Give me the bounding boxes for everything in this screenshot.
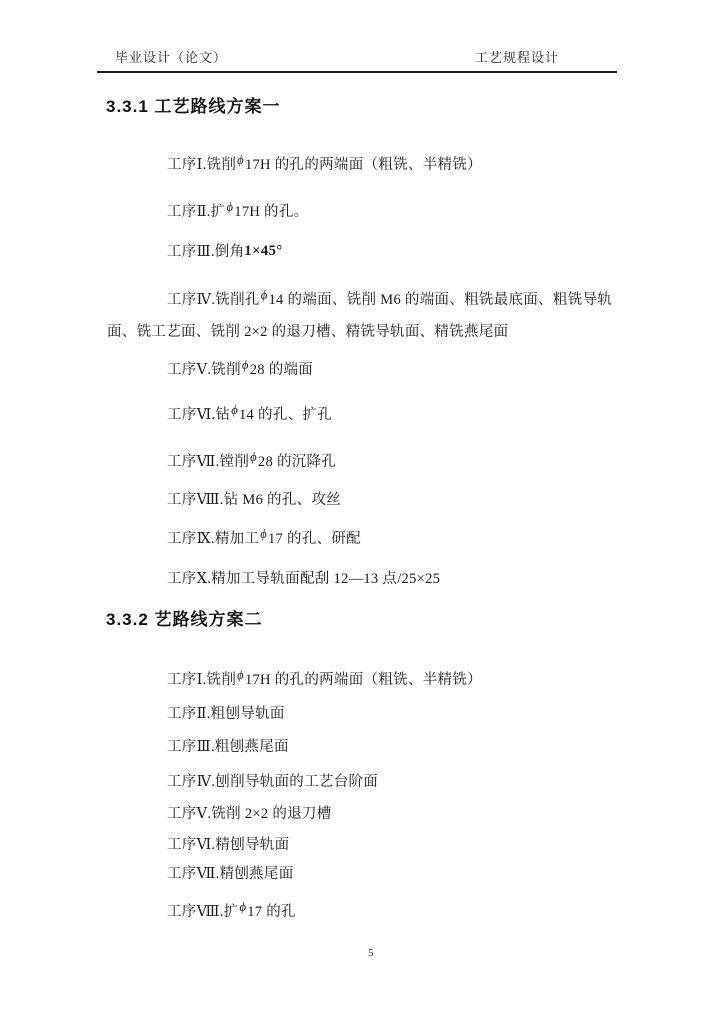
step-text: 工序Ⅷ.扩 (167, 904, 238, 920)
process-step: 工序Ⅱ.粗刨导轨面 (107, 699, 619, 730)
section-heading: 3.3.1 工艺路线方案一 (106, 96, 281, 118)
step-text: 工序Ⅲ.倒角 (167, 244, 244, 260)
step-text: 工序Ⅵ.精刨导轨面 (167, 837, 289, 853)
step-text: 工序Ⅸ.精加工 (167, 531, 259, 547)
process-step: 工序Ⅱ.扩ϕ17H 的孔。 (107, 196, 619, 228)
page-number: 5 (368, 947, 374, 959)
step-text: 工序Ⅴ.铣削 2×2 的退刀槽 (167, 806, 332, 822)
phi-symbol: ϕ (230, 403, 239, 417)
process-step: 工序Ⅶ.精刨燕尾面 (107, 859, 619, 890)
step-text: 工序Ⅶ.镗削 (167, 454, 249, 470)
header-rule (97, 71, 617, 73)
process-step: 工序Ⅰ.铣削ϕ17H 的孔的两端面（粗铣、半精铣） (107, 149, 619, 181)
section-heading: 3.3.2 艺路线方案二 (106, 609, 263, 631)
step-text: 工序Ⅰ.铣削 (167, 672, 236, 688)
step-text: 工序Ⅰ.铣削 (167, 157, 236, 173)
process-step: 工序Ⅳ.刨削导轨面的工艺台阶面 (107, 767, 619, 798)
process-step: 工序Ⅰ.铣削ϕ17H 的孔的两端面（粗铣、半精铣） (107, 665, 619, 696)
phi-symbol: ϕ (236, 668, 245, 682)
step-text: 工序Ⅲ.粗刨燕尾面 (167, 739, 289, 755)
process-step: 工序Ⅸ.精加工ϕ17 的孔、研配 (107, 523, 619, 555)
phi-symbol: ϕ (259, 527, 268, 541)
step-text: 17 的孔、研配 (268, 531, 361, 547)
document-page: 毕业设计（论文） 工艺规程设计 3.3.1 工艺路线方案一 工序Ⅰ.铣削ϕ17H… (0, 0, 724, 1024)
process-step: 工序Ⅷ.扩ϕ17 的孔 (107, 897, 619, 928)
step-text: 14 的孔、扩孔 (239, 407, 332, 423)
step-text: 工序Ⅶ.精刨燕尾面 (167, 866, 294, 882)
phi-symbol: ϕ (238, 900, 247, 914)
dimension-formula: 1×45° (244, 243, 282, 259)
process-step: 工序Ⅴ.铣削ϕ28 的端面 (107, 354, 619, 386)
step-text: 28 的端面 (250, 362, 313, 378)
step-text: 28 的沉降孔 (258, 454, 336, 470)
process-step: 工序Ⅶ.镗削ϕ28 的沉降孔 (107, 446, 619, 478)
step-text: 工序Ⅴ.铣削 (167, 362, 241, 378)
process-step: 工序Ⅹ.精加工导轨面配刮 12—13 点/25×25 (107, 563, 619, 595)
step-text: 17 的孔 (247, 904, 296, 920)
process-step: 工序Ⅵ.钻ϕ14 的孔、扩孔 (107, 399, 619, 431)
header-right: 工艺规程设计 (475, 49, 559, 67)
step-text: 17H 的孔的两端面（粗铣、半精铣） (245, 157, 482, 173)
step-text: 工序Ⅳ.刨削导轨面的工艺台阶面 (167, 774, 378, 790)
process-step: 工序Ⅲ.倒角1×45° (107, 236, 619, 268)
process-step: 工序Ⅲ.粗刨燕尾面 (107, 732, 619, 763)
phi-symbol: ϕ (249, 450, 258, 464)
process-step: 工序Ⅴ.铣削 2×2 的退刀槽 (107, 799, 619, 830)
phi-symbol: ϕ (260, 288, 269, 302)
phi-symbol: ϕ (236, 153, 245, 167)
step-text: 工序Ⅵ.钻 (167, 407, 230, 423)
step-text: 17H 的孔。 (234, 204, 308, 220)
step-text: 工序Ⅹ.精加工导轨面配刮 12—13 点/25×25 (167, 571, 440, 587)
process-step: 工序Ⅷ.钻 M6 的孔、攻丝 (107, 484, 619, 516)
phi-symbol: ϕ (241, 358, 250, 372)
step-text: 工序Ⅳ.铣削孔 (167, 292, 260, 308)
header-left: 毕业设计（论文） (115, 49, 227, 67)
step-text: 工序Ⅱ.粗刨导轨面 (167, 706, 285, 722)
phi-symbol: ϕ (225, 200, 234, 214)
step-text: 工序Ⅱ.扩 (167, 204, 225, 220)
step-text: 工序Ⅷ.钻 M6 的孔、攻丝 (167, 492, 341, 508)
process-step: 工序Ⅵ.精刨导轨面 (107, 830, 619, 861)
step-text: 17H 的孔的两端面（粗铣、半精铣） (245, 672, 482, 688)
process-step: 工序Ⅳ.铣削孔ϕ14 的端面、铣削 M6 的端面、粗铣最底面、粗铣导轨面、铣工艺… (107, 284, 619, 348)
